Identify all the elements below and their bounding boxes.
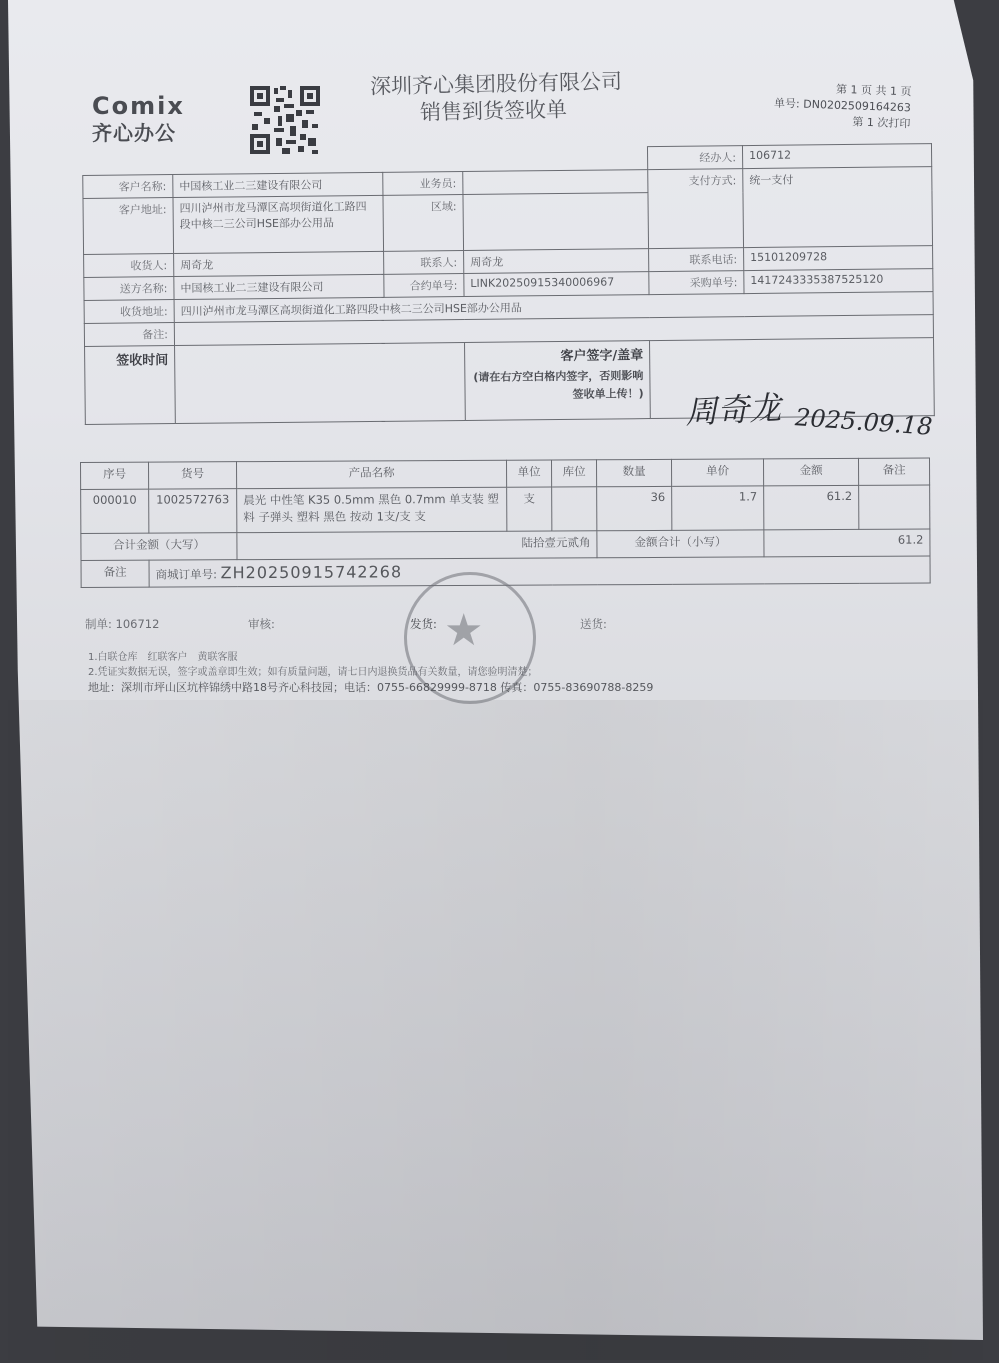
mall-order-value: ZH20250915742268 <box>221 562 403 582</box>
contract-label: 合约单号: <box>384 274 464 298</box>
total-lower-label: 金额合计（小写） <box>597 530 764 558</box>
handler-label: 经办人: <box>647 146 742 170</box>
col-header-name: 产品名称 <box>237 460 507 488</box>
handler-value: 106712 <box>742 144 931 169</box>
cell-note <box>859 485 930 529</box>
cell-seq: 000010 <box>81 489 149 533</box>
customer-name-label: 客户名称: <box>83 175 173 199</box>
col-header-unit: 单位 <box>506 460 551 487</box>
total-upper-value: 陆拾壹元贰角 <box>237 531 597 560</box>
customer-info-table: 经办人: 106712 客户名称: 中国核工业二三建设有限公司 业务员: 支付方… <box>82 143 935 425</box>
sign-title: 客户签字/盖章 <box>471 344 643 365</box>
region-label: 区域: <box>383 195 464 252</box>
contact-label: 联系人: <box>384 251 464 275</box>
ship-to-value: 中国核工业二三建设有限公司 <box>174 274 384 299</box>
phone-value: 15101209728 <box>744 246 933 271</box>
customer-address-label: 客户地址: <box>83 198 174 255</box>
salesman-label: 业务员: <box>383 172 463 196</box>
cell-qty: 36 <box>597 486 672 530</box>
document-meta: 第 1 页 共 1 页 单号: DN0202509164263 第 1 次打印 <box>773 80 911 133</box>
order-remark-label: 备注 <box>81 560 149 587</box>
delivery-address-label: 收货地址: <box>84 300 174 324</box>
contact-value: 周奇龙 <box>464 249 649 274</box>
table-row: 000010 1002572763 晨光 中性笔 K35 0.5mm 黑色 0.… <box>81 485 930 533</box>
region-value <box>463 193 649 251</box>
mall-order: 商城订单号: ZH20250915742268 <box>149 556 930 587</box>
logo-comix: Comix <box>92 92 185 120</box>
sign-time-label: 签收时间 <box>85 346 176 425</box>
contract-value: LINK20250915340006967 <box>464 272 649 297</box>
purchase-value: 1417243335387525120 <box>744 269 933 294</box>
cell-location <box>552 487 597 531</box>
remark-label: 备注: <box>84 323 174 347</box>
total-upper-label: 合计金额（大写） <box>81 533 237 561</box>
col-header-sku: 货号 <box>149 462 237 489</box>
col-header-qty: 数量 <box>596 459 671 486</box>
cell-price: 1.7 <box>672 486 764 530</box>
customer-address-value: 四川泸州市龙马潭区高坝街道化工路四段中核二三公司HSE部办公用品 <box>173 195 384 253</box>
col-header-amount: 金额 <box>763 458 858 485</box>
sign-instructions: 客户签字/盖章 (请在右方空白格内签字，否则影响签收单上传！) <box>465 341 651 421</box>
cell-sku: 1002572763 <box>149 489 237 533</box>
receiver-value: 周奇龙 <box>174 251 384 276</box>
logo-chinese: 齐心办公 <box>92 117 176 146</box>
salesman-value <box>463 170 648 195</box>
ship-to-label: 送方名称: <box>84 277 174 301</box>
note-terms: 2.凭证实数据无误，签字或盖章即生效；如有质量问题，请七日内退换货品有关数量，请… <box>88 665 653 680</box>
payment-label: 支付方式: <box>648 169 744 249</box>
receiver-label: 收货人: <box>84 254 174 278</box>
customer-name-value: 中国核工业二三建设有限公司 <box>173 172 383 197</box>
sign-hint: (请在右方空白格内签字，否则影响签收单上传！) <box>471 367 643 405</box>
doc-number-value: DN0202509164263 <box>803 98 911 115</box>
maker: 制单: 106712 <box>85 616 159 632</box>
col-header-note: 备注 <box>858 458 929 485</box>
total-lower-value: 61.2 <box>764 529 930 557</box>
phone-label: 联系电话: <box>649 248 744 272</box>
review-label: 审核: <box>248 616 275 632</box>
deliver-label: 送货: <box>580 616 607 632</box>
company-address: 地址：深圳市坪山区坑梓锦绣中路18号齐心科技园；电话：0755-66829999… <box>88 680 653 695</box>
seal-star-icon: ★ <box>444 605 483 656</box>
document-title: 销售到货签收单 <box>420 93 568 126</box>
handwritten-signature: 周奇龙 <box>684 383 782 434</box>
cell-amount: 61.2 <box>764 485 859 529</box>
col-header-seq: 序号 <box>81 462 149 489</box>
payment-value: 统一支付 <box>743 167 933 248</box>
footer-notes: 1.白联仓库 红联客户 黄联客服 2.凭证实数据无误，签字或盖章即生效；如有质量… <box>88 650 653 695</box>
mall-order-label: 商城订单号: <box>156 567 217 581</box>
sign-time-field[interactable] <box>175 343 466 424</box>
cell-unit: 支 <box>507 487 552 531</box>
qr-code-icon <box>250 86 320 154</box>
purchase-label: 采购单号: <box>649 271 744 295</box>
cell-name: 晨光 中性笔 K35 0.5mm 黑色 0.7mm 单支装 塑料 子弹头 塑料 … <box>237 487 507 532</box>
ship-label: 发货: <box>410 616 437 632</box>
maker-value: 106712 <box>116 617 160 631</box>
col-header-location: 库位 <box>551 460 596 487</box>
col-header-price: 单价 <box>671 459 763 486</box>
note-copies: 1.白联仓库 红联客户 黄联客服 <box>88 650 653 665</box>
items-table: 序号 货号 产品名称 单位 库位 数量 单价 金额 备注 000010 1002… <box>80 458 931 588</box>
